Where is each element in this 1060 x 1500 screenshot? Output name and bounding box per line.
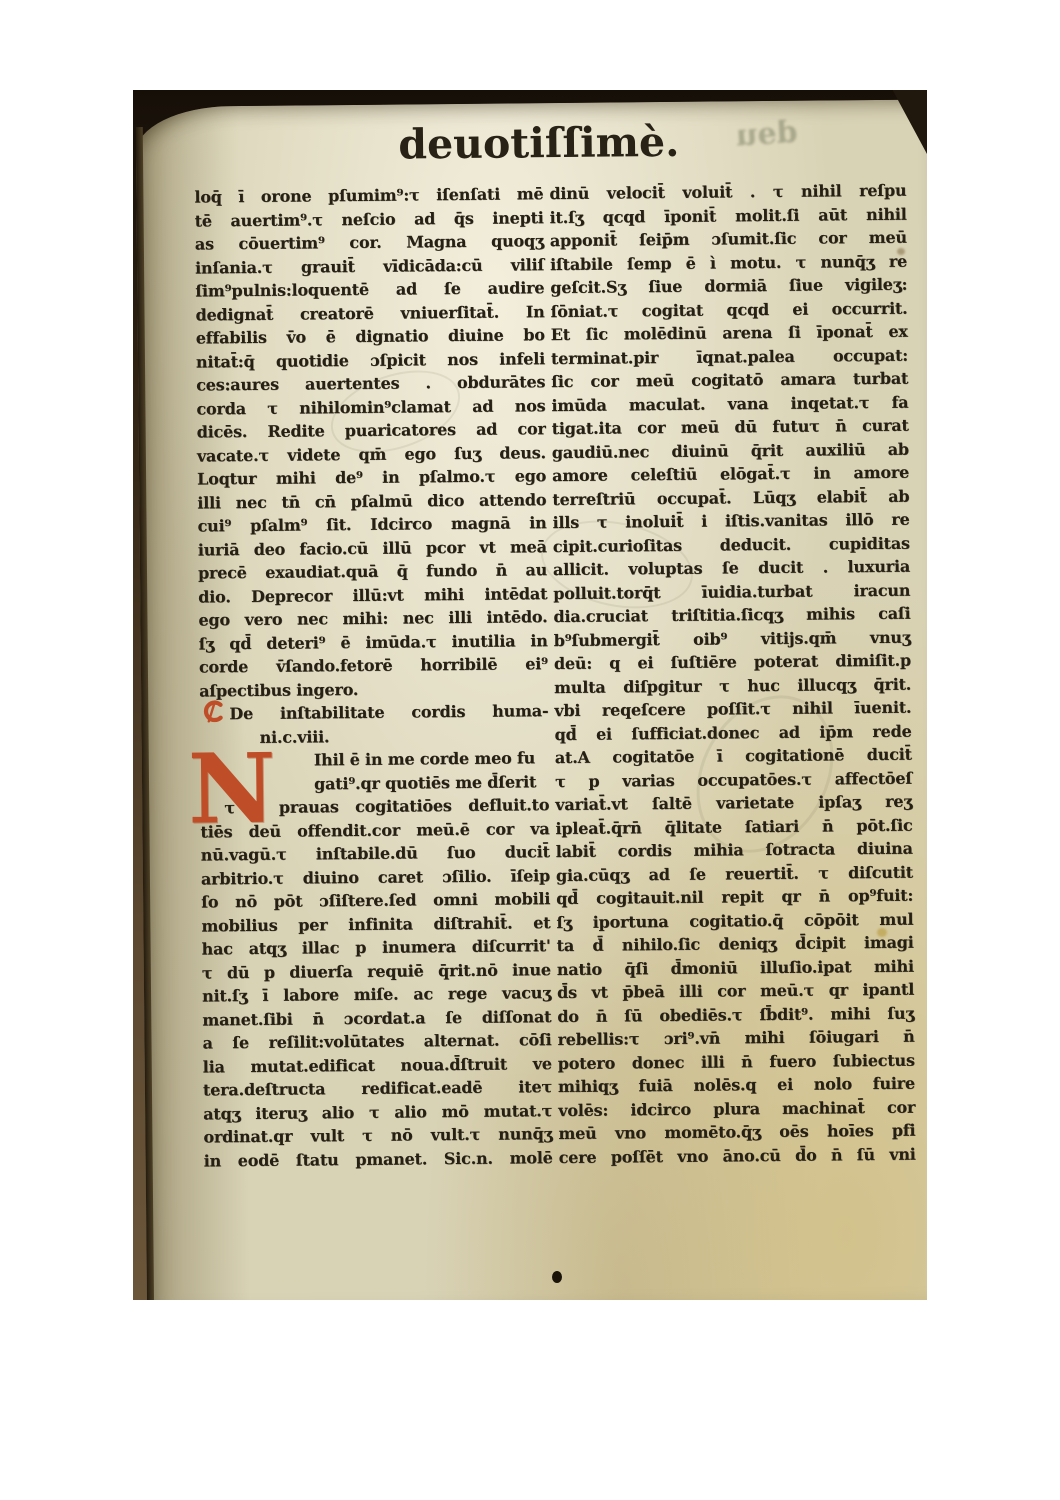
- text-line: geſcit.Sʒ ſiue dormiā ſiue vigileʒ:: [550, 273, 907, 300]
- text-line: τ dū p diuerſa requiē q̄rit.nō inue: [202, 958, 551, 985]
- rubricated-initial-N: N: [188, 743, 277, 836]
- paragraph-lines: τ p prauas cogitatiōes defluit.totiēs de…: [200, 793, 553, 1172]
- text-line: illi nec tn̄ cn̄ pſalmū dico attendo: [197, 488, 546, 515]
- text-line: atqʒ iteruʒ alio τ alio mō mutat.τ: [203, 1099, 552, 1126]
- text-line: dio. Deprecor illū:vt mihi intēdat: [198, 582, 547, 609]
- text-line: iſtabile ſemp ē ì motu. τ nunq̄ʒ re: [550, 249, 907, 276]
- scanned-page-screenshot: deuotiſſimè. dɘu loq̄ ī orone pſumim⁹:τ …: [0, 0, 1060, 1500]
- text-line: ſʒ iportuna cogitatio.q̄ cōpōit mul: [556, 907, 913, 934]
- text-line: imūda maculat. vana inqetat.τ fa: [551, 390, 908, 417]
- text-line: meū vno momēto.q̄ʒ oēs hoīes pfi: [558, 1119, 915, 1146]
- text-line: arbitrio.τ diuino caret ɔſilio. īſeip: [201, 864, 550, 891]
- text-line: it.ſʒ qcqd īponit̄ molit.ſi aūt nihil: [550, 202, 907, 229]
- text-line: do n̄ ſū obediēs.τ ſb̄dit⁹. mihi ſuʒ: [557, 1001, 914, 1028]
- text-line: cere poſſēt vno āno.cū d̄o n̄ ſū vni: [559, 1142, 916, 1169]
- text-line: effabilis v̄o ē dignatio diuine bo: [196, 323, 545, 350]
- text-line: nitat̄:q̄ quotidie ɔſpicit nos infeli: [196, 347, 545, 374]
- text-line: mihiqʒ fuiā nolēs.q ei nolo fuire: [558, 1072, 915, 1099]
- text-line: tigat.ita cor meū dū futuτ n̄ curat: [552, 414, 909, 441]
- text-line: as cōuertim⁹ cor. Magna quoqʒ: [195, 229, 544, 256]
- text-line: tē auertim⁹.τ neſcio ad q̄s inepti: [195, 206, 544, 233]
- text-line: cui⁹ pſalm⁹ ſit. Idcirco magnā in: [197, 511, 546, 538]
- text-line: corde v̄ſando.fetorē horribilē ei⁹: [199, 652, 548, 679]
- text-line: nit.ſʒ ī labore miſe. ac rege vacuʒ: [202, 981, 551, 1008]
- chapter-opening: N Ihil ē in me corde meo fu gati⁹.qr quo…: [200, 746, 553, 1172]
- text-line: loq̄ ī orone pſumim⁹:τ iſenſati mē: [194, 182, 543, 209]
- text-line: precē exaudiat.quā q̄ fundo n̄ au: [198, 558, 547, 585]
- text-line: ta d̄ nihilo.ſic deniqʒ d̄cipit imagi: [556, 931, 913, 958]
- text-line: ſʒ qd̄ deteri⁹ ē imūda.τ inutilia in: [199, 629, 548, 656]
- text-line: multa diſpgitur τ huc illucqʒ q̄rit.: [554, 672, 911, 699]
- book-photo: deuotiſſimè. dɘu loq̄ ī orone pſumim⁹:τ …: [133, 90, 927, 1300]
- left-text-column: loq̄ ī orone pſumim⁹:τ iſenſati mētē aue…: [194, 182, 552, 1172]
- capitulum-mark-icon: [201, 700, 223, 729]
- text-line: aſpectibus ingero.: [199, 676, 548, 703]
- text-line: ſo nō pōt ɔſiſtere.ſed omni mobili: [201, 887, 550, 914]
- text-line: terminat.pir īqnat.palea occupat:: [551, 343, 908, 370]
- text-line: qd̄ cogitauit.nil repit qr n̄ op⁹fuit:: [556, 884, 913, 911]
- text-line: dedignat̄ creatorē vniuerſitat̄. In: [195, 300, 544, 327]
- text-line: potero donec illi n̄ fuero ſubiectus: [558, 1048, 915, 1075]
- text-line: inſania.τ grauit̄ vīdicāda:cū viliſ: [195, 253, 544, 280]
- text-line: Et ſic molēdinū arena ſi īponat̄ ex: [551, 320, 908, 347]
- text-line: iuriā deo facio.cū illū pcor vt meā: [198, 535, 547, 562]
- text-line: dinū velocit̄ voluit̄ . τ nihil reſpu: [549, 179, 906, 206]
- text-line: tera.deſtructa redificat.eadē iteτ: [203, 1075, 552, 1102]
- wormhole-dot: [552, 1271, 562, 1283]
- text-line: b⁹ſubmergit̄ oib⁹ vitijs.qm̄ vnuʒ: [554, 625, 911, 652]
- text-line: ego vero nec mihi: nec illi intēdo.: [198, 605, 547, 632]
- text-line: natio q̄ſi d̄moniū illuſio.ipat mihi: [557, 954, 914, 981]
- text-line: mobilius per infinita diſtrahit̄. et: [201, 911, 550, 938]
- text-line: lia mutat.edificat noua.d̄ſtruit ve: [203, 1052, 552, 1079]
- text-line: dia.cruciat triſtitia.ſicqʒ mihis caſi: [553, 602, 910, 629]
- text-line: terreſtriū occupat̄. Lūqʒ elabit̄ ab: [552, 484, 909, 511]
- paper-stain: [877, 928, 887, 937]
- running-title: deuotiſſimè.: [142, 115, 927, 171]
- text-line: deū: q ei ſuſtiēre poterat dimiſit.p: [554, 649, 911, 676]
- text-line: apponit̄ ſeip̄m ɔſumit.ſic cor meū: [550, 226, 907, 253]
- text-line: rebellis:τ ɔri⁹.vn̄ mihi ſōiugari n̄: [557, 1025, 914, 1052]
- text-line: Loqtur mihi de⁹ in pſalmo.τ ego: [197, 464, 546, 491]
- text-line: amore celeſtiū elōgat̄.τ in amore: [552, 461, 909, 488]
- text-line: manet.ſibi n̄ ɔcordat.a ſe diſſonat: [202, 1005, 551, 1032]
- chapter-title-text: De inſtabilitate cordis huma-: [229, 699, 548, 726]
- text-line: d̄s vt p̄beā illi cor meū.τ qr ipantl: [557, 978, 914, 1005]
- text-line: a ſe reſilit:volūtates alternat. cōſi: [202, 1028, 551, 1055]
- text-line: ſim⁹pulnis:loquentē ad ſe audire: [195, 276, 544, 303]
- text-line: volēs: idcirco plura machinat̄ cor: [558, 1095, 915, 1122]
- paper-stain: [897, 248, 905, 255]
- right-text-column: dinū velocit̄ voluit̄ . τ nihil reſpuit.…: [549, 179, 915, 1169]
- text-line: ordinat.qr vult τ nō vult.τ nunq̄ʒ: [203, 1122, 552, 1149]
- text-line: gia.cūqʒ ad ſe reuertit̄. τ diſcutit: [556, 860, 913, 887]
- text-line: gaudiū.nec diuinū q̄rit auxiliū ab: [552, 437, 909, 464]
- text-line: ſic cor meū cogitatō amara turbat: [551, 367, 908, 394]
- text-line: in eodē ſtatu pmanet. Sic.n. molē: [204, 1146, 553, 1173]
- text-line: hac atqʒ illac p inumera diſcurrit': [202, 934, 551, 961]
- book-page-paper: deuotiſſimè. dɘu loq̄ ī orone pſumim⁹:τ …: [136, 99, 927, 1300]
- ink-offset-ghost-mark: dɘu: [647, 115, 800, 170]
- chapter-rubric-line: De inſtabilitate cordis huma-: [199, 699, 548, 726]
- text-line: ſōniat.τ cogitat qcqd ei occurrit.: [550, 296, 907, 323]
- gutter-shadow: [136, 127, 154, 1300]
